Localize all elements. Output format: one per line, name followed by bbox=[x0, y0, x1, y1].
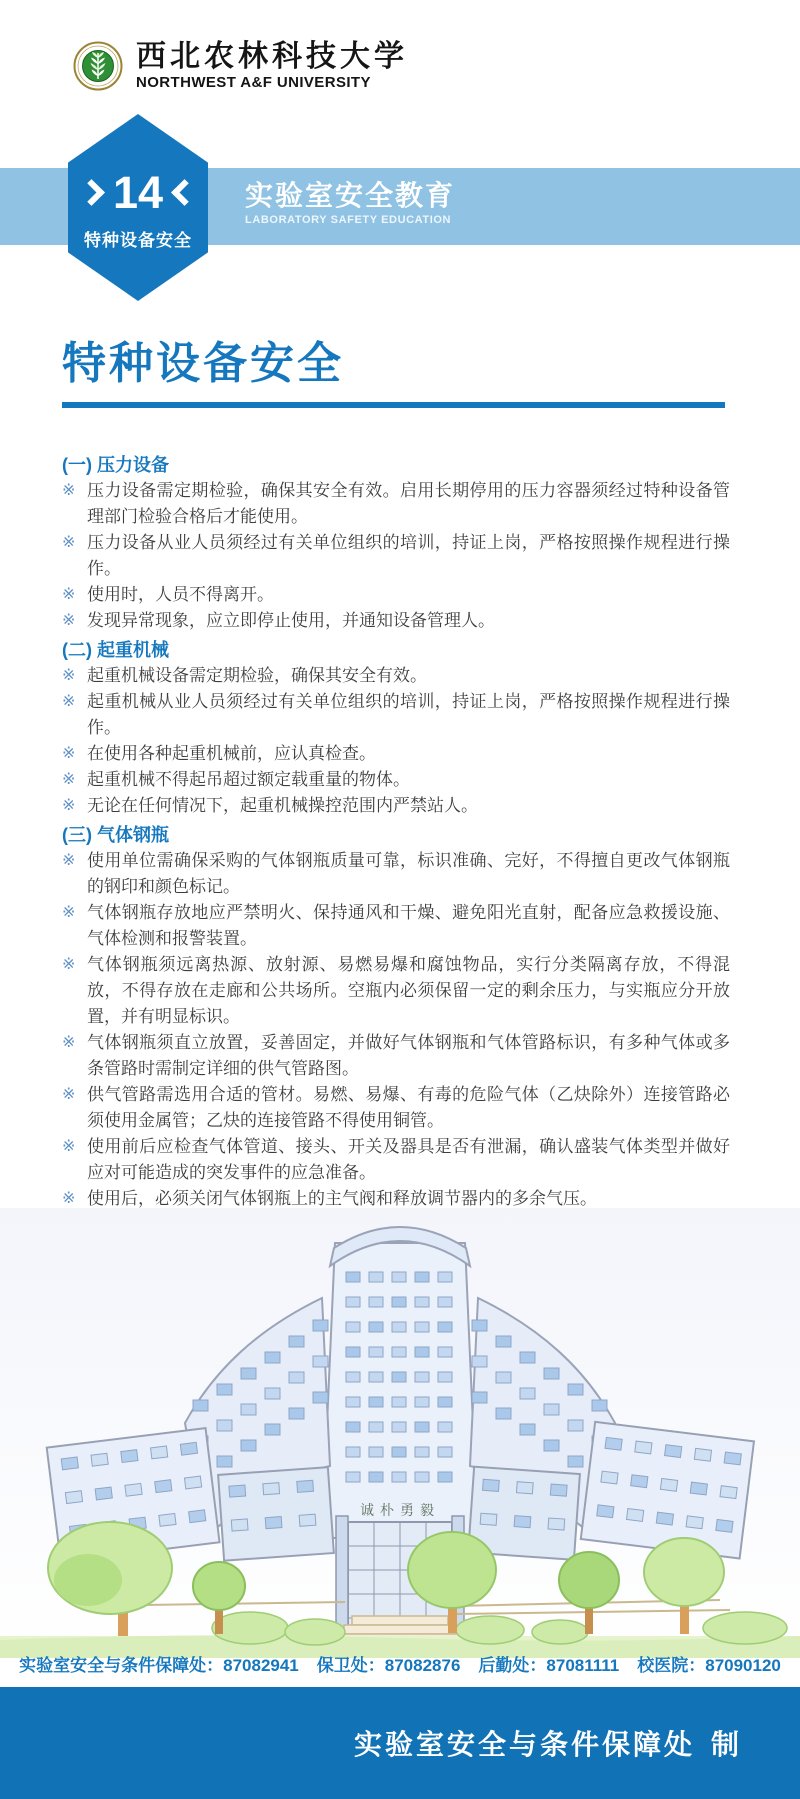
safety-rule-item: ※供气管路需选用合适的管材。易燃、易爆、有毒的危险气体（乙炔除外）连接管路必须使… bbox=[62, 1082, 730, 1134]
chevron-right-icon bbox=[78, 179, 105, 206]
safety-rule-text: 使用单位需确保采购的气体钢瓶质量可靠，标识准确、完好，不得擅自更改气体钢瓶的钢印… bbox=[87, 848, 730, 900]
safety-rule-text: 气体钢瓶存放地应严禁明火、保持通风和干燥、避免阳光直射，配备应急救援设施、气体检… bbox=[87, 900, 730, 952]
contact-phone: 87090120 bbox=[705, 1656, 781, 1675]
page-title: 特种设备安全 bbox=[62, 340, 344, 388]
footer-credit: 实验室安全与条件保障处 制 bbox=[354, 1723, 742, 1763]
chapter-badge: 14 特种设备安全 bbox=[68, 114, 208, 301]
contact-item: 校医院：87090120 bbox=[637, 1656, 781, 1675]
safety-rule-text: 供气管路需选用合适的管材。易燃、易爆、有毒的危险气体（乙炔除外）连接管路必须使用… bbox=[87, 1082, 730, 1134]
safety-rule-item: ※起重机械从业人员须经过有关单位组织的培训，持证上岗，严格按照操作规程进行操作。 bbox=[62, 689, 730, 741]
safety-rule-item: ※气体钢瓶须直立放置，妥善固定，并做好气体钢瓶和气体管路标识，有多种气体或多条管… bbox=[62, 1030, 730, 1082]
safety-rule-item: ※气体钢瓶存放地应严禁明火、保持通风和干燥、避免阳光直射，配备应急救援设施、气体… bbox=[62, 900, 730, 952]
contact-phone: 87082941 bbox=[223, 1656, 299, 1675]
bullet-marker-icon: ※ bbox=[62, 952, 87, 1030]
bullet-marker-icon: ※ bbox=[62, 767, 87, 793]
safety-rule-item: ※使用前后应检查气体管道、接头、开关及器具是否有泄漏，确认盛装气体类型并做好应对… bbox=[62, 1134, 730, 1186]
bullet-marker-icon: ※ bbox=[62, 1030, 87, 1082]
bullet-marker-icon: ※ bbox=[62, 741, 87, 767]
contact-label: 实验室安全与条件保障处 bbox=[19, 1656, 206, 1675]
contact-label: 保卫处 bbox=[317, 1656, 368, 1675]
safety-rule-item: ※使用时，人员不得离开。 bbox=[62, 582, 730, 608]
university-logo-icon bbox=[73, 41, 123, 91]
university-name-en: NORTHWEST A&F UNIVERSITY bbox=[136, 74, 408, 91]
bullet-marker-icon: ※ bbox=[62, 1134, 87, 1186]
contact-separator: ： bbox=[529, 1656, 546, 1675]
safety-rule-item: ※气体钢瓶须远离热源、放射源、易燃易爆和腐蚀物品，实行分类隔离存放，不得混放，不… bbox=[62, 952, 730, 1030]
chapter-number: 14 bbox=[113, 170, 163, 215]
bullet-marker-icon: ※ bbox=[62, 848, 87, 900]
chapter-label: 特种设备安全 bbox=[84, 226, 192, 251]
safety-rule-text: 起重机械从业人员须经过有关单位组织的培训，持证上岗，严格按照操作规程进行操作。 bbox=[87, 689, 730, 741]
safety-rule-item: ※起重机械不得起吊超过额定载重量的物体。 bbox=[62, 767, 730, 793]
section-heading: (三) 气体钢瓶 bbox=[62, 822, 730, 848]
safety-rule-text: 起重机械不得起吊超过额定载重量的物体。 bbox=[87, 767, 730, 793]
university-name-cn: 西北农林科技大学 bbox=[136, 40, 408, 73]
university-names: 西北农林科技大学 NORTHWEST A&F UNIVERSITY bbox=[136, 40, 408, 91]
footer-credit-suffix: 制 bbox=[711, 1723, 742, 1763]
bullet-marker-icon: ※ bbox=[62, 530, 87, 582]
bullet-marker-icon: ※ bbox=[62, 478, 87, 530]
safety-rule-text: 压力设备需定期检验，确保其安全有效。启用长期停用的压力容器须经过特种设备管理部门… bbox=[87, 478, 730, 530]
bullet-marker-icon: ※ bbox=[62, 608, 87, 634]
chevron-left-icon bbox=[171, 179, 198, 206]
contact-phone: 87082876 bbox=[385, 1656, 461, 1675]
poster-page: 西北农林科技大学 NORTHWEST A&F UNIVERSITY 实验室安全教… bbox=[0, 0, 800, 1799]
safety-rule-text: 使用前后应检查气体管道、接头、开关及器具是否有泄漏，确认盛装气体类型并做好应对可… bbox=[87, 1134, 730, 1186]
contact-item: 后勤处：87081111 bbox=[478, 1656, 619, 1675]
bullet-marker-icon: ※ bbox=[62, 663, 87, 689]
safety-rule-item: ※压力设备需定期检验，确保其安全有效。启用长期停用的压力容器须经过特种设备管理部… bbox=[62, 478, 730, 530]
banner-title-cn: 实验室安全教育 bbox=[245, 181, 800, 212]
bullet-marker-icon: ※ bbox=[62, 582, 87, 608]
bullet-marker-icon: ※ bbox=[62, 900, 87, 952]
safety-rule-text: 无论在任何情况下，起重机械操控范围内严禁站人。 bbox=[87, 793, 730, 819]
footer-bar: 实验室安全与条件保障处 制 bbox=[0, 1687, 800, 1799]
university-header: 西北农林科技大学 NORTHWEST A&F UNIVERSITY bbox=[73, 40, 408, 91]
safety-rule-text: 压力设备从业人员须经过有关单位组织的培训，持证上岗，严格按照操作规程进行操作。 bbox=[87, 530, 730, 582]
contact-separator: ： bbox=[688, 1656, 705, 1675]
contact-separator: ： bbox=[368, 1656, 385, 1675]
bullet-marker-icon: ※ bbox=[62, 1082, 87, 1134]
safety-rule-item: ※无论在任何情况下，起重机械操控范围内严禁站人。 bbox=[62, 793, 730, 819]
safety-rule-item: ※发现异常现象，应立即停止使用，并通知设备管理人。 bbox=[62, 608, 730, 634]
safety-rule-item: ※使用单位需确保采购的气体钢瓶质量可靠，标识准确、完好，不得擅自更改气体钢瓶的钢… bbox=[62, 848, 730, 900]
safety-rule-text: 使用时，人员不得离开。 bbox=[87, 582, 730, 608]
contact-phone: 87081111 bbox=[546, 1656, 619, 1675]
contact-line: 实验室安全与条件保障处：87082941保卫处：87082876后勤处：8708… bbox=[0, 1651, 800, 1676]
footer-credit-org: 实验室安全与条件保障处 bbox=[354, 1723, 695, 1763]
contact-label: 后勤处 bbox=[478, 1656, 529, 1675]
contact-label: 校医院 bbox=[637, 1656, 688, 1675]
safety-rule-text: 起重机械设备需定期检验，确保其安全有效。 bbox=[87, 663, 730, 689]
bullet-marker-icon: ※ bbox=[62, 793, 87, 819]
contact-separator: ： bbox=[206, 1656, 223, 1675]
safety-rule-text: 气体钢瓶须直立放置，妥善固定，并做好气体钢瓶和气体管路标识，有多种气体或多条管路… bbox=[87, 1030, 730, 1082]
banner-titles: 实验室安全教育 LABORATORY SAFETY EDUCATION bbox=[245, 168, 800, 226]
section-heading: (一) 压力设备 bbox=[62, 452, 730, 478]
contact-item: 保卫处：87082876 bbox=[317, 1656, 461, 1675]
safety-rule-text: 发现异常现象，应立即停止使用，并通知设备管理人。 bbox=[87, 608, 730, 634]
safety-rule-item: ※在使用各种起重机械前，应认真检查。 bbox=[62, 741, 730, 767]
campus-illustration: 诚朴勇毅 bbox=[0, 1208, 800, 1658]
bullet-marker-icon: ※ bbox=[62, 689, 87, 741]
building-motto: 诚朴勇毅 bbox=[360, 1502, 440, 1518]
section-heading: (二) 起重机械 bbox=[62, 637, 730, 663]
contact-item: 实验室安全与条件保障处：87082941 bbox=[19, 1656, 299, 1675]
title-underline bbox=[62, 402, 725, 408]
banner-title-en: LABORATORY SAFETY EDUCATION bbox=[245, 214, 800, 226]
safety-rule-item: ※压力设备从业人员须经过有关单位组织的培训，持证上岗，严格按照操作规程进行操作。 bbox=[62, 530, 730, 582]
chapter-number-row: 14 bbox=[82, 170, 194, 215]
safety-rule-text: 气体钢瓶须远离热源、放射源、易燃易爆和腐蚀物品，实行分类隔离存放，不得混放，不得… bbox=[87, 952, 730, 1030]
safety-rule-text: 在使用各种起重机械前，应认真检查。 bbox=[87, 741, 730, 767]
safety-rule-item: ※起重机械设备需定期检验，确保其安全有效。 bbox=[62, 663, 730, 689]
